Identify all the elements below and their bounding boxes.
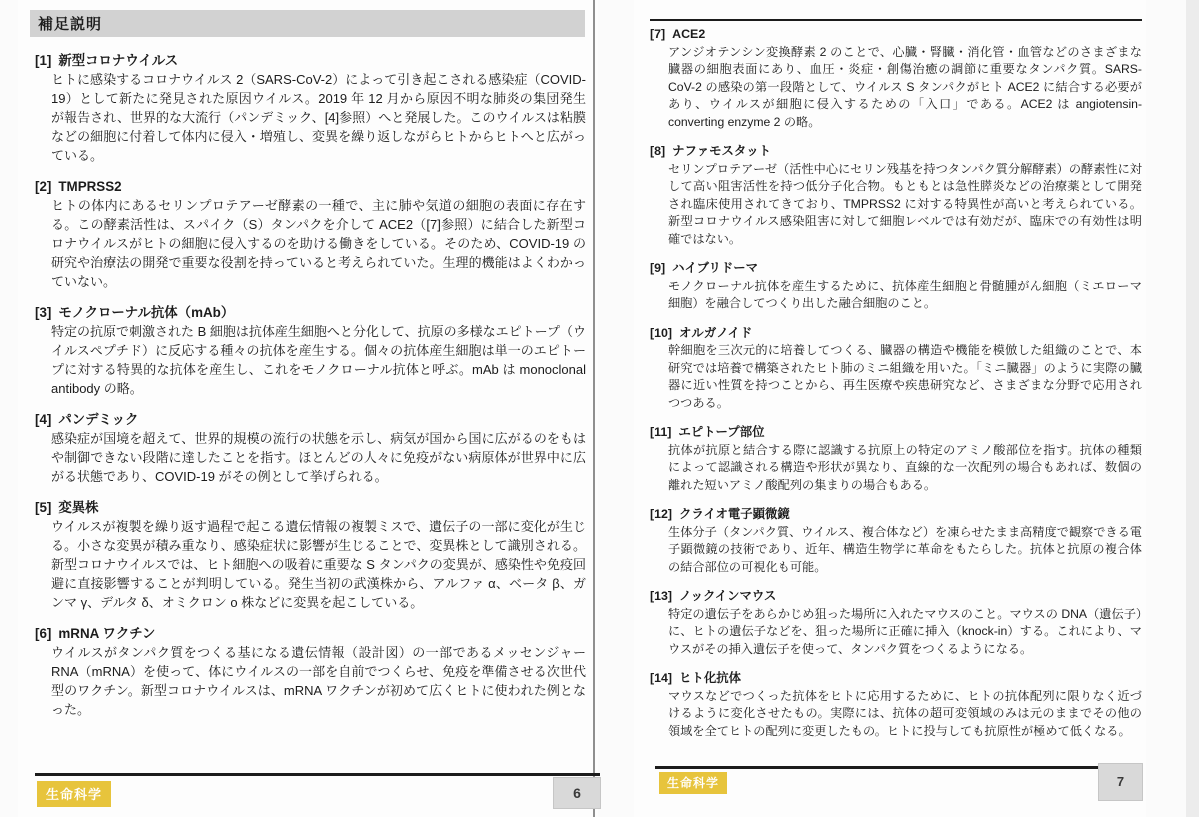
entry-term: 変異株 [58,500,98,515]
entry-body: 生体分子（タンパク質、ウイルス、複合体など）を凍らせたまま高精度で観察できる電子… [668,524,1142,577]
entry-body: ウイルスが複製を繰り返す過程で起こる遺伝情報の複製ミスで、遺伝子の一部に変化が生… [51,517,586,612]
entry-term: mRNA ワクチン [58,626,155,641]
entry-heading: [1]新型コロナウイルス [35,51,586,70]
page-right: [7]ACE2 アンジオテンシン変換酵素 2 のことで、心臓・腎臓・消化管・血管… [634,0,1146,817]
entry-body: ヒトの体内にあるセリンプロテアーゼ酵素の一種で、主に肺や気道の細胞の表面に存在す… [51,196,586,291]
entry-term: ナファモスタット [672,144,771,158]
glossary-entry: [5]変異株 ウイルスが複製を繰り返す過程で起こる遺伝情報の複製ミスで、遺伝子の… [35,498,586,612]
entry-term: ノックインマウス [679,589,776,603]
entry-term: エピトープ部位 [678,425,764,439]
entry-body: 特定の抗原で刺激された B 細胞は抗体産生細胞へと分化して、抗原の多様なエピトー… [51,322,586,398]
page-number: 7 [1098,763,1143,801]
page-number: 6 [553,777,601,809]
entry-heading: [5]変異株 [35,498,586,517]
entry-body: ウイルスがタンパク質をつくる基になる遺伝情報（設計図）の一部であるメッセンジャー… [51,643,586,719]
entry-number: [13] [650,589,672,603]
entry-body: 抗体が抗原と結合する際に認識する抗原上の特定のアミノ酸部位を指す。抗体の種類によ… [668,442,1142,495]
glossary-list-right: [7]ACE2 アンジオテンシン変換酵素 2 のことで、心臓・腎臓・消化管・血管… [650,26,1142,740]
page-title: 補足説明 [30,10,585,37]
series-badge: 生命科学 [37,781,111,807]
glossary-entry: [7]ACE2 アンジオテンシン変換酵素 2 のことで、心臓・腎臓・消化管・血管… [650,26,1142,131]
entry-number: [9] [650,261,665,275]
entry-body: ヒトに感染するコロナウイルス 2（SARS-CoV-2）によって引き起こされる感… [51,70,586,165]
glossary-entry: [13]ノックインマウス 特定の遺伝子をあらかじめ狙った場所に入れたマウスのこと… [650,588,1142,658]
entry-body: 幹細胞を三次元的に培養してつくる、臓器の構造や機能を模倣した組織のことで、本研究… [668,342,1142,412]
left-footer-rule [35,773,600,776]
scan-edge-shading [1186,0,1199,817]
entry-heading: [8]ナファモスタット [650,143,1142,161]
glossary-entry: [10]オルガノイド 幹細胞を三次元的に培養してつくる、臓器の構造や機能を模倣し… [650,325,1142,413]
entry-term: 新型コロナウイルス [58,53,178,68]
glossary-entry: [4]パンデミック 感染症が国境を超えて、世界的規模の流行の状態を示し、病気が国… [35,410,586,486]
entry-body: マウスなどでつくった抗体をヒトに応用するために、ヒトの抗体配列に限りなく近づける… [668,688,1142,741]
entry-number: [11] [650,425,671,439]
series-badge: 生命科学 [659,772,727,794]
glossary-entry: [6]mRNA ワクチン ウイルスがタンパク質をつくる基になる遺伝情報（設計図）… [35,624,586,719]
page-left: 補足説明 [1]新型コロナウイルス ヒトに感染するコロナウイルス 2（SARS-… [18,0,598,817]
glossary-entry: [3]モノクローナル抗体（mAb） 特定の抗原で刺激された B 細胞は抗体産生細… [35,303,586,398]
glossary-entry: [1]新型コロナウイルス ヒトに感染するコロナウイルス 2（SARS-CoV-2… [35,51,586,165]
entry-term: パンデミック [58,412,138,427]
entry-number: [7] [650,27,665,41]
entry-body: アンジオテンシン変換酵素 2 のことで、心臓・腎臓・消化管・血管などのさまざまな… [668,44,1142,132]
entry-number: [12] [650,507,672,521]
entry-number: [2] [35,179,51,194]
entry-number: [4] [35,412,51,427]
entry-heading: [6]mRNA ワクチン [35,624,586,643]
right-page-top-rule [650,19,1142,21]
entry-body: モノクローナル抗体を産生するために、抗体産生細胞と骨髄腫がん細胞（ミエローマ細胞… [668,278,1142,313]
entry-body: セリンプロテアーゼ（活性中心にセリン残基を持つタンパク質分解酵素）の酵素性に対し… [668,161,1142,249]
glossary-entry: [2]TMPRSS2 ヒトの体内にあるセリンプロテアーゼ酵素の一種で、主に肺や気… [35,177,586,291]
entry-number: [3] [35,305,51,320]
entry-body: 特定の遺伝子をあらかじめ狙った場所に入れたマウスのこと。マウスの DNA（遺伝子… [668,606,1142,659]
entry-number: [8] [650,144,665,158]
entry-term: モノクローナル抗体（mAb） [58,305,234,320]
entry-heading: [9]ハイブリドーマ [650,260,1142,278]
entry-heading: [3]モノクローナル抗体（mAb） [35,303,586,322]
glossary-entry: [11]エピトープ部位 抗体が抗原と結合する際に認識する抗原上の特定のアミノ酸部… [650,424,1142,494]
glossary-list-left: [1]新型コロナウイルス ヒトに感染するコロナウイルス 2（SARS-CoV-2… [35,51,586,719]
entry-term: クライオ電子顕微鏡 [679,507,790,521]
entry-term: TMPRSS2 [58,179,121,194]
entry-heading: [13]ノックインマウス [650,588,1142,606]
entry-heading: [11]エピトープ部位 [650,424,1142,442]
entry-term: ヒト化抗体 [679,671,741,685]
entry-number: [1] [35,53,51,68]
page-gutter-line [593,0,595,817]
entry-number: [6] [35,626,51,641]
entry-number: [10] [650,326,672,340]
right-footer-rule [655,766,1142,769]
entry-term: ACE2 [672,27,705,41]
glossary-entry: [8]ナファモスタット セリンプロテアーゼ（活性中心にセリン残基を持つタンパク質… [650,143,1142,248]
entry-heading: [4]パンデミック [35,410,586,429]
entry-term: ハイブリドーマ [672,261,758,275]
entry-number: [14] [650,671,672,685]
entry-heading: [12]クライオ電子顕微鏡 [650,506,1142,524]
glossary-entry: [14]ヒト化抗体 マウスなどでつくった抗体をヒトに応用するために、ヒトの抗体配… [650,670,1142,740]
entry-heading: [7]ACE2 [650,26,1142,44]
entry-number: [5] [35,500,51,515]
entry-heading: [2]TMPRSS2 [35,177,586,196]
glossary-entry: [9]ハイブリドーマ モノクローナル抗体を産生するために、抗体産生細胞と骨髄腫が… [650,260,1142,313]
entry-heading: [10]オルガノイド [650,325,1142,343]
entry-term: オルガノイド [679,326,752,340]
entry-heading: [14]ヒト化抗体 [650,670,1142,688]
glossary-entry: [12]クライオ電子顕微鏡 生体分子（タンパク質、ウイルス、複合体など）を凍らせ… [650,506,1142,576]
entry-body: 感染症が国境を超えて、世界的規模の流行の状態を示し、病気が国から国に広がるのをも… [51,429,586,486]
